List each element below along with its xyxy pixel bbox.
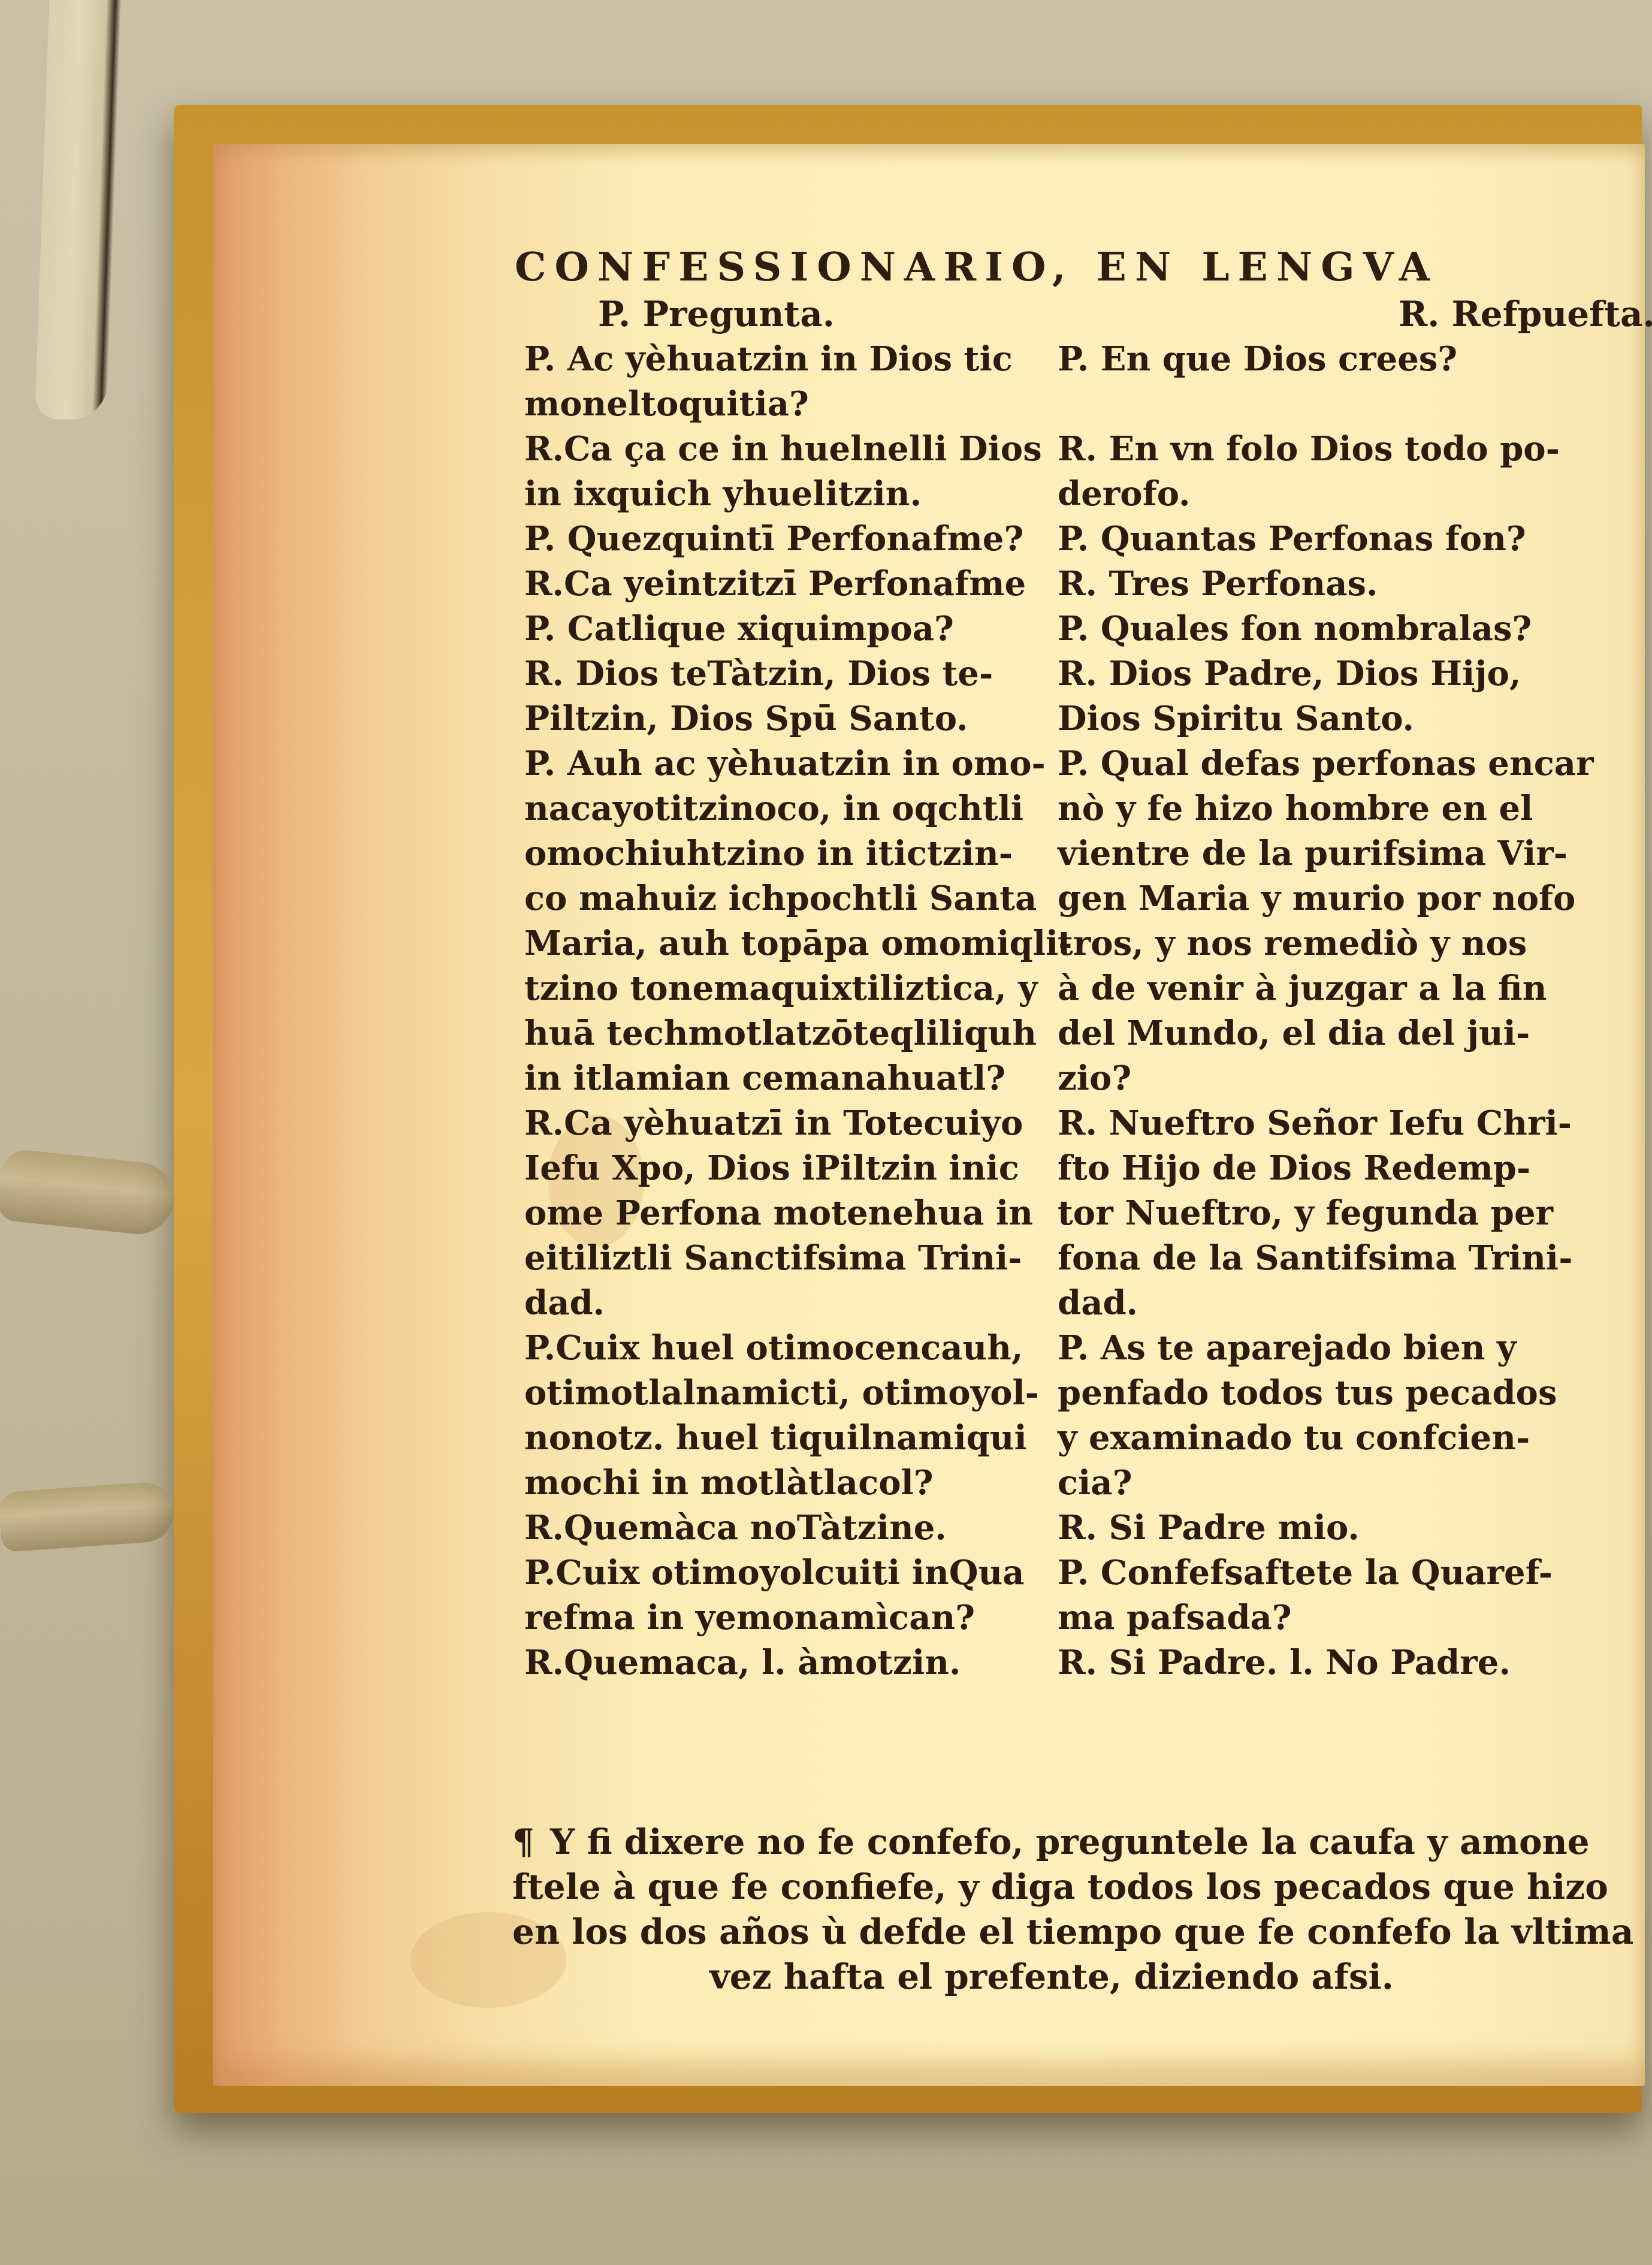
text-line: ma pafsada? bbox=[1058, 1596, 1627, 1640]
text-line: nò y fe hizo hombre en el bbox=[1058, 786, 1627, 831]
text-line: moneltoquitia? bbox=[524, 382, 1040, 427]
running-head: CONFESSIONARIO, EN LENGVA bbox=[515, 243, 1449, 290]
text-line: tor Nueftro, y fegunda per bbox=[1058, 1191, 1627, 1236]
text-line: fona de la Santifsima Trini- bbox=[1058, 1236, 1627, 1281]
text-line: omochiuhtzino in itictzin- bbox=[524, 831, 1040, 876]
text-line: del Mundo, el dia del jui- bbox=[1058, 1011, 1627, 1056]
pilcrow-icon: ¶ bbox=[512, 1819, 534, 1865]
text-line: derofo. bbox=[1058, 472, 1627, 517]
text-line: R.Ca ça ce in huelnelli Dios bbox=[524, 427, 1040, 472]
text-line: P. Auh ac yèhuatzin in omo- bbox=[524, 741, 1040, 786]
text-line: nacayotitzinoco, in oqchtli bbox=[524, 786, 1040, 831]
text-line: en los dos años ù defde el tiempo que fe… bbox=[512, 1909, 1652, 1954]
leather-tie bbox=[0, 1148, 177, 1238]
text-line: R.Ca yèhuatzī in Totecuiyo bbox=[524, 1101, 1040, 1146]
text-line: vientre de la purifsima Vir- bbox=[1058, 831, 1627, 876]
text-line: P. Qual defas perfonas encar bbox=[1058, 741, 1627, 786]
text-line: dad. bbox=[524, 1281, 1040, 1326]
text-line: in ixquich yhuelitzin. bbox=[524, 472, 1040, 517]
text-line: Iefu Xpo, Dios iPiltzin inic bbox=[524, 1146, 1040, 1191]
text-line: R.Quemaca, l. àmotzin. bbox=[524, 1640, 1040, 1685]
text-line: refma in yemonamìcan? bbox=[524, 1596, 1040, 1640]
gutter-shadow bbox=[213, 144, 369, 2086]
text-line: cia? bbox=[1058, 1461, 1627, 1506]
text-line: y examinado tu confcien- bbox=[1058, 1416, 1627, 1461]
text-line: P. Confefsaftete la Quaref- bbox=[1058, 1551, 1627, 1596]
text-line: R. Nueftro Señor Iefu Chri- bbox=[1058, 1101, 1627, 1146]
text-line: R. Dios Padre, Dios Hijo, bbox=[1058, 652, 1627, 696]
text-line: nonotz. huel tiquilnamiqui bbox=[524, 1416, 1040, 1461]
text-line: Dios Spiritu Santo. bbox=[1058, 696, 1627, 741]
text-line: penfado todos tus pecados bbox=[1058, 1371, 1627, 1416]
text-line: P. Quales fon nombralas? bbox=[1058, 607, 1627, 652]
text-line: co mahuiz ichpochtli Santa bbox=[524, 876, 1040, 921]
text-line: P. Quantas Perfonas fon? bbox=[1058, 517, 1627, 562]
text-line: zio? bbox=[1058, 1056, 1627, 1101]
text-line: mochi in motlàtlacol? bbox=[524, 1461, 1040, 1506]
text-line: P.Cuix huel otimocencauh, bbox=[524, 1326, 1040, 1371]
heading-respuesta: R. Refpuefta. bbox=[1399, 294, 1652, 334]
text-line: in itlamian cemanahuatl? bbox=[524, 1056, 1040, 1101]
text-line: eitiliztli Sanctifsima Trini- bbox=[524, 1236, 1040, 1281]
spanish-column: P. En que Dios crees? R. En vn folo Dios… bbox=[1058, 337, 1627, 1685]
text-line: P. En que Dios crees? bbox=[1058, 337, 1627, 382]
text-line: R. En vn folo Dios todo po- bbox=[1058, 427, 1627, 472]
text-line: tzino tonemaquixtiliztica, y bbox=[524, 966, 1040, 1011]
text-line: ftele à que fe confiefe, y diga todos lo… bbox=[512, 1864, 1652, 1909]
text-line: P. Ac yèhuatzin in Dios tic bbox=[524, 337, 1040, 382]
text-line: R.Ca yeintzitzī Perfonafme bbox=[524, 562, 1040, 607]
text-line: ome Perfona motenehua in bbox=[524, 1191, 1040, 1236]
leather-tie bbox=[0, 1480, 176, 1552]
text-line: tros, y nos remediò y nos bbox=[1058, 921, 1627, 966]
text-line: gen Maria y murio por nofo bbox=[1058, 876, 1627, 921]
text-line: Maria, auh topāpa omomiqli- bbox=[524, 921, 1040, 966]
book-page: CONFESSIONARIO, EN LENGVA P. Pregunta. R… bbox=[213, 144, 1645, 2086]
text-line: R. Tres Perfonas. bbox=[1058, 562, 1627, 607]
leather-tie-strap bbox=[35, 0, 121, 420]
text-line: P. Catlique xiquimpoa? bbox=[524, 607, 1040, 652]
text-line: P.Cuix otimoyolcuiti inQua bbox=[524, 1551, 1040, 1596]
text-line: R. Si Padre. l. No Padre. bbox=[1058, 1640, 1627, 1685]
text-line: P. Quezquintī Perfonafme? bbox=[524, 517, 1040, 562]
text-line: à de venir à juzgar a la fin bbox=[1058, 966, 1627, 1011]
instruction-paragraph: ¶Y fi dixere no fe confefo, preguntele l… bbox=[512, 1819, 1652, 1999]
heading-pregunta: P. Pregunta. bbox=[598, 294, 835, 334]
column-headings: P. Pregunta. R. Refpuefta. bbox=[524, 294, 1652, 342]
text-line: R. Si Padre mio. bbox=[1058, 1506, 1627, 1551]
text-line: R. Dios teTàtzin, Dios te- bbox=[524, 652, 1040, 696]
text-line: ¶Y fi dixere no fe confefo, preguntele l… bbox=[512, 1819, 1652, 1864]
text-line: otimotlalnamicti, otimoyol- bbox=[524, 1371, 1040, 1416]
text-line: R.Quemàca noTàtzine. bbox=[524, 1506, 1040, 1551]
text-line bbox=[1058, 382, 1627, 427]
text-line: Piltzin, Dios Spū Santo. bbox=[524, 696, 1040, 741]
nahuatl-column: P. Ac yèhuatzin in Dios tic moneltoquiti… bbox=[524, 337, 1040, 1685]
text-line: dad. bbox=[1058, 1281, 1627, 1326]
text-line: huā techmotlatzōteqliliquh bbox=[524, 1011, 1040, 1056]
text-line: fto Hijo de Dios Redemp- bbox=[1058, 1146, 1627, 1191]
text-span: Y fi dixere no fe confefo, preguntele la… bbox=[550, 1821, 1590, 1862]
text-line: vez hafta el prefente, diziendo afsi. bbox=[512, 1954, 1652, 1999]
text-line: P. As te aparejado bien y bbox=[1058, 1326, 1627, 1371]
